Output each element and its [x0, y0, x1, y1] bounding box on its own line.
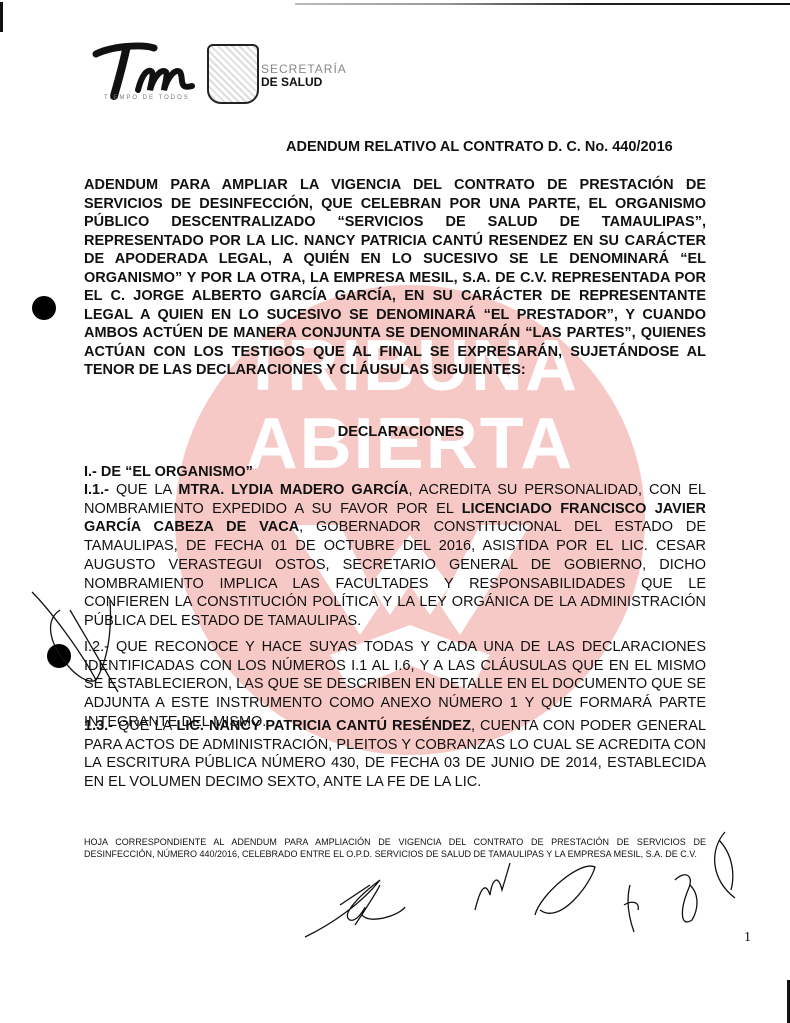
- signature-2-icon: [470, 855, 610, 925]
- margin-signature-icon: [705, 830, 745, 900]
- clause-text: , GOBERNADOR CONSTITUCIONAL DEL ESTADO D…: [84, 519, 706, 629]
- contract-title: ADENDUM RELATIVO AL CONTRATO D. C. No. 4…: [286, 139, 673, 155]
- signature-1-icon: [300, 865, 410, 940]
- agency-name-line2: DE SALUD: [261, 75, 322, 89]
- scan-artifact-left: [0, 2, 3, 32]
- subsection-heading: I.- DE “EL ORGANISMO”: [84, 463, 706, 482]
- clause-number: I.1.-: [84, 482, 109, 498]
- tm-logo-icon: [92, 40, 202, 102]
- logo-tagline: TIEMPO DE TODOS: [104, 95, 190, 101]
- tamaulipas-crest-icon: [207, 44, 259, 104]
- intro-paragraph: ADENDUM PARA AMPLIAR LA VIGENCIA DEL CON…: [84, 176, 706, 380]
- margin-initial-icon: [20, 580, 140, 700]
- page-number: 1: [744, 930, 751, 946]
- clause-1-1: I.1.- QUE LA MTRA. LYDIA MADERO GARCÍA, …: [84, 481, 706, 631]
- clause-text: QUE LA: [113, 718, 177, 734]
- clause-name: MTRA. LYDIA MADERO GARCÍA: [178, 482, 408, 498]
- clause-text: QUE LA: [109, 482, 178, 498]
- clause-name: LIC. NANCY PATRICIA CANTÚ RESÉNDEZ: [177, 718, 471, 734]
- agency-name-line1: SECRETARÍA: [261, 62, 347, 76]
- section-heading: DECLARACIONES: [0, 424, 790, 440]
- scan-artifact-top: [295, 3, 790, 5]
- clause-number: 1.3.-: [84, 718, 113, 734]
- clause-1-3: 1.3.- QUE LA LIC. NANCY PATRICIA CANTÚ R…: [84, 717, 706, 792]
- punch-hole: [32, 296, 56, 320]
- footer-note: HOJA CORRESPONDIENTE AL ADENDUM PARA AMP…: [84, 837, 706, 860]
